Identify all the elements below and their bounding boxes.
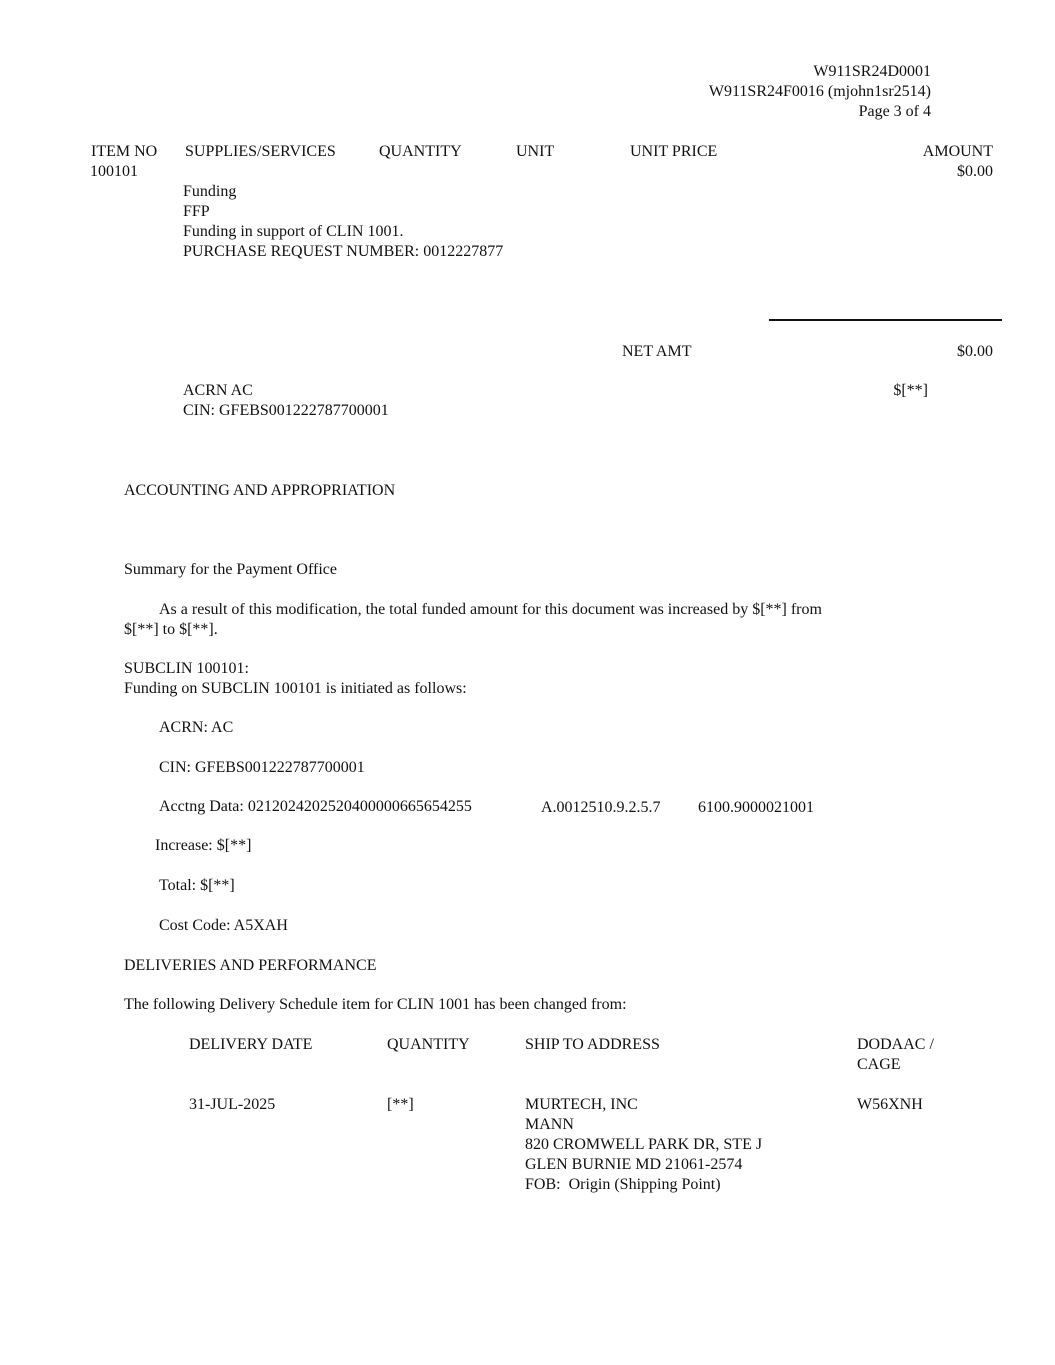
acctng-data-part-2: A.0012510.9.2.5.7 xyxy=(541,798,661,818)
ship-to-line: GLEN BURNIE MD 21061-2574 xyxy=(525,1155,762,1175)
summary-title: Summary for the Payment Office xyxy=(124,560,337,580)
ship-to-line: FOB: Origin (Shipping Point) xyxy=(525,1175,762,1195)
summary-line-1: As a result of this modification, the to… xyxy=(159,600,822,620)
item-description-line: Funding in support of CLIN 1001. xyxy=(183,222,503,242)
col-header-dodaac: DODAAC / CAGE xyxy=(857,1035,934,1075)
net-amount-divider xyxy=(769,319,1002,321)
dodaac-value: W56XNH xyxy=(857,1095,923,1115)
deliveries-intro: The following Delivery Schedule item for… xyxy=(124,995,627,1015)
acctng-data: Acctng Data: 021202420252040000066565425… xyxy=(159,797,472,817)
page-number: Page 3 of 4 xyxy=(859,102,931,122)
col-header-ship-to: SHIP TO ADDRESS xyxy=(525,1035,660,1055)
increase-amount: Increase: $[**] xyxy=(155,836,251,856)
cost-code: Cost Code: A5XAH xyxy=(159,916,288,936)
order-number: W911SR24F0016 (mjohn1sr2514) xyxy=(709,82,931,102)
subclin-intro: Funding on SUBCLIN 100101 is initiated a… xyxy=(124,679,467,699)
total-amount: Total: $[**] xyxy=(159,876,235,896)
summary-line-2: $[**] to $[**]. xyxy=(124,620,218,640)
subclin-acrn: ACRN: AC xyxy=(159,718,233,738)
subclin-cin: CIN: GFEBS001222787700001 xyxy=(159,758,365,778)
col-header-supplies: SUPPLIES/SERVICES xyxy=(185,142,336,162)
col-header-amount: AMOUNT xyxy=(923,142,993,162)
contract-number: W911SR24D0001 xyxy=(813,62,931,82)
col-header-item-no: ITEM NO xyxy=(91,142,157,162)
ship-to-address: MURTECH, INC MANN 820 CROMWELL PARK DR, … xyxy=(525,1095,762,1195)
col-header-delivery-quantity: QUANTITY xyxy=(387,1035,470,1055)
col-header-unit: UNIT xyxy=(516,142,554,162)
acrn-cin: CIN: GFEBS001222787700001 xyxy=(183,401,389,421)
net-amt-label: NET AMT xyxy=(622,342,691,362)
deliveries-title: DELIVERIES AND PERFORMANCE xyxy=(124,956,376,976)
item-description: Funding FFP Funding in support of CLIN 1… xyxy=(183,182,503,262)
delivery-date: 31-JUL-2025 xyxy=(189,1095,275,1115)
acrn-label: ACRN AC xyxy=(183,381,253,401)
acctng-data-part-3: 6100.9000021001 xyxy=(698,798,814,818)
ship-to-line: MURTECH, INC xyxy=(525,1095,762,1115)
delivery-quantity: [**] xyxy=(387,1095,414,1115)
col-header-unit-price: UNIT PRICE xyxy=(630,142,717,162)
ship-to-line: MANN xyxy=(525,1115,762,1135)
col-header-dodaac-line: CAGE xyxy=(857,1055,934,1075)
accounting-title: ACCOUNTING AND APPROPRIATION xyxy=(124,481,395,501)
net-amt-value: $0.00 xyxy=(957,342,993,362)
ship-to-line: 820 CROMWELL PARK DR, STE J xyxy=(525,1135,762,1155)
item-description-line: Funding xyxy=(183,182,503,202)
item-description-line: FFP xyxy=(183,202,503,222)
subclin-title: SUBCLIN 100101: xyxy=(124,659,249,679)
item-description-line: PURCHASE REQUEST NUMBER: 0012227877 xyxy=(183,242,503,262)
item-amount: $0.00 xyxy=(957,162,993,182)
col-header-quantity: QUANTITY xyxy=(379,142,462,162)
item-number: 100101 xyxy=(90,162,138,182)
col-header-dodaac-line: DODAAC / xyxy=(857,1035,934,1055)
col-header-delivery-date: DELIVERY DATE xyxy=(189,1035,312,1055)
acrn-amount: $[**] xyxy=(893,381,928,401)
